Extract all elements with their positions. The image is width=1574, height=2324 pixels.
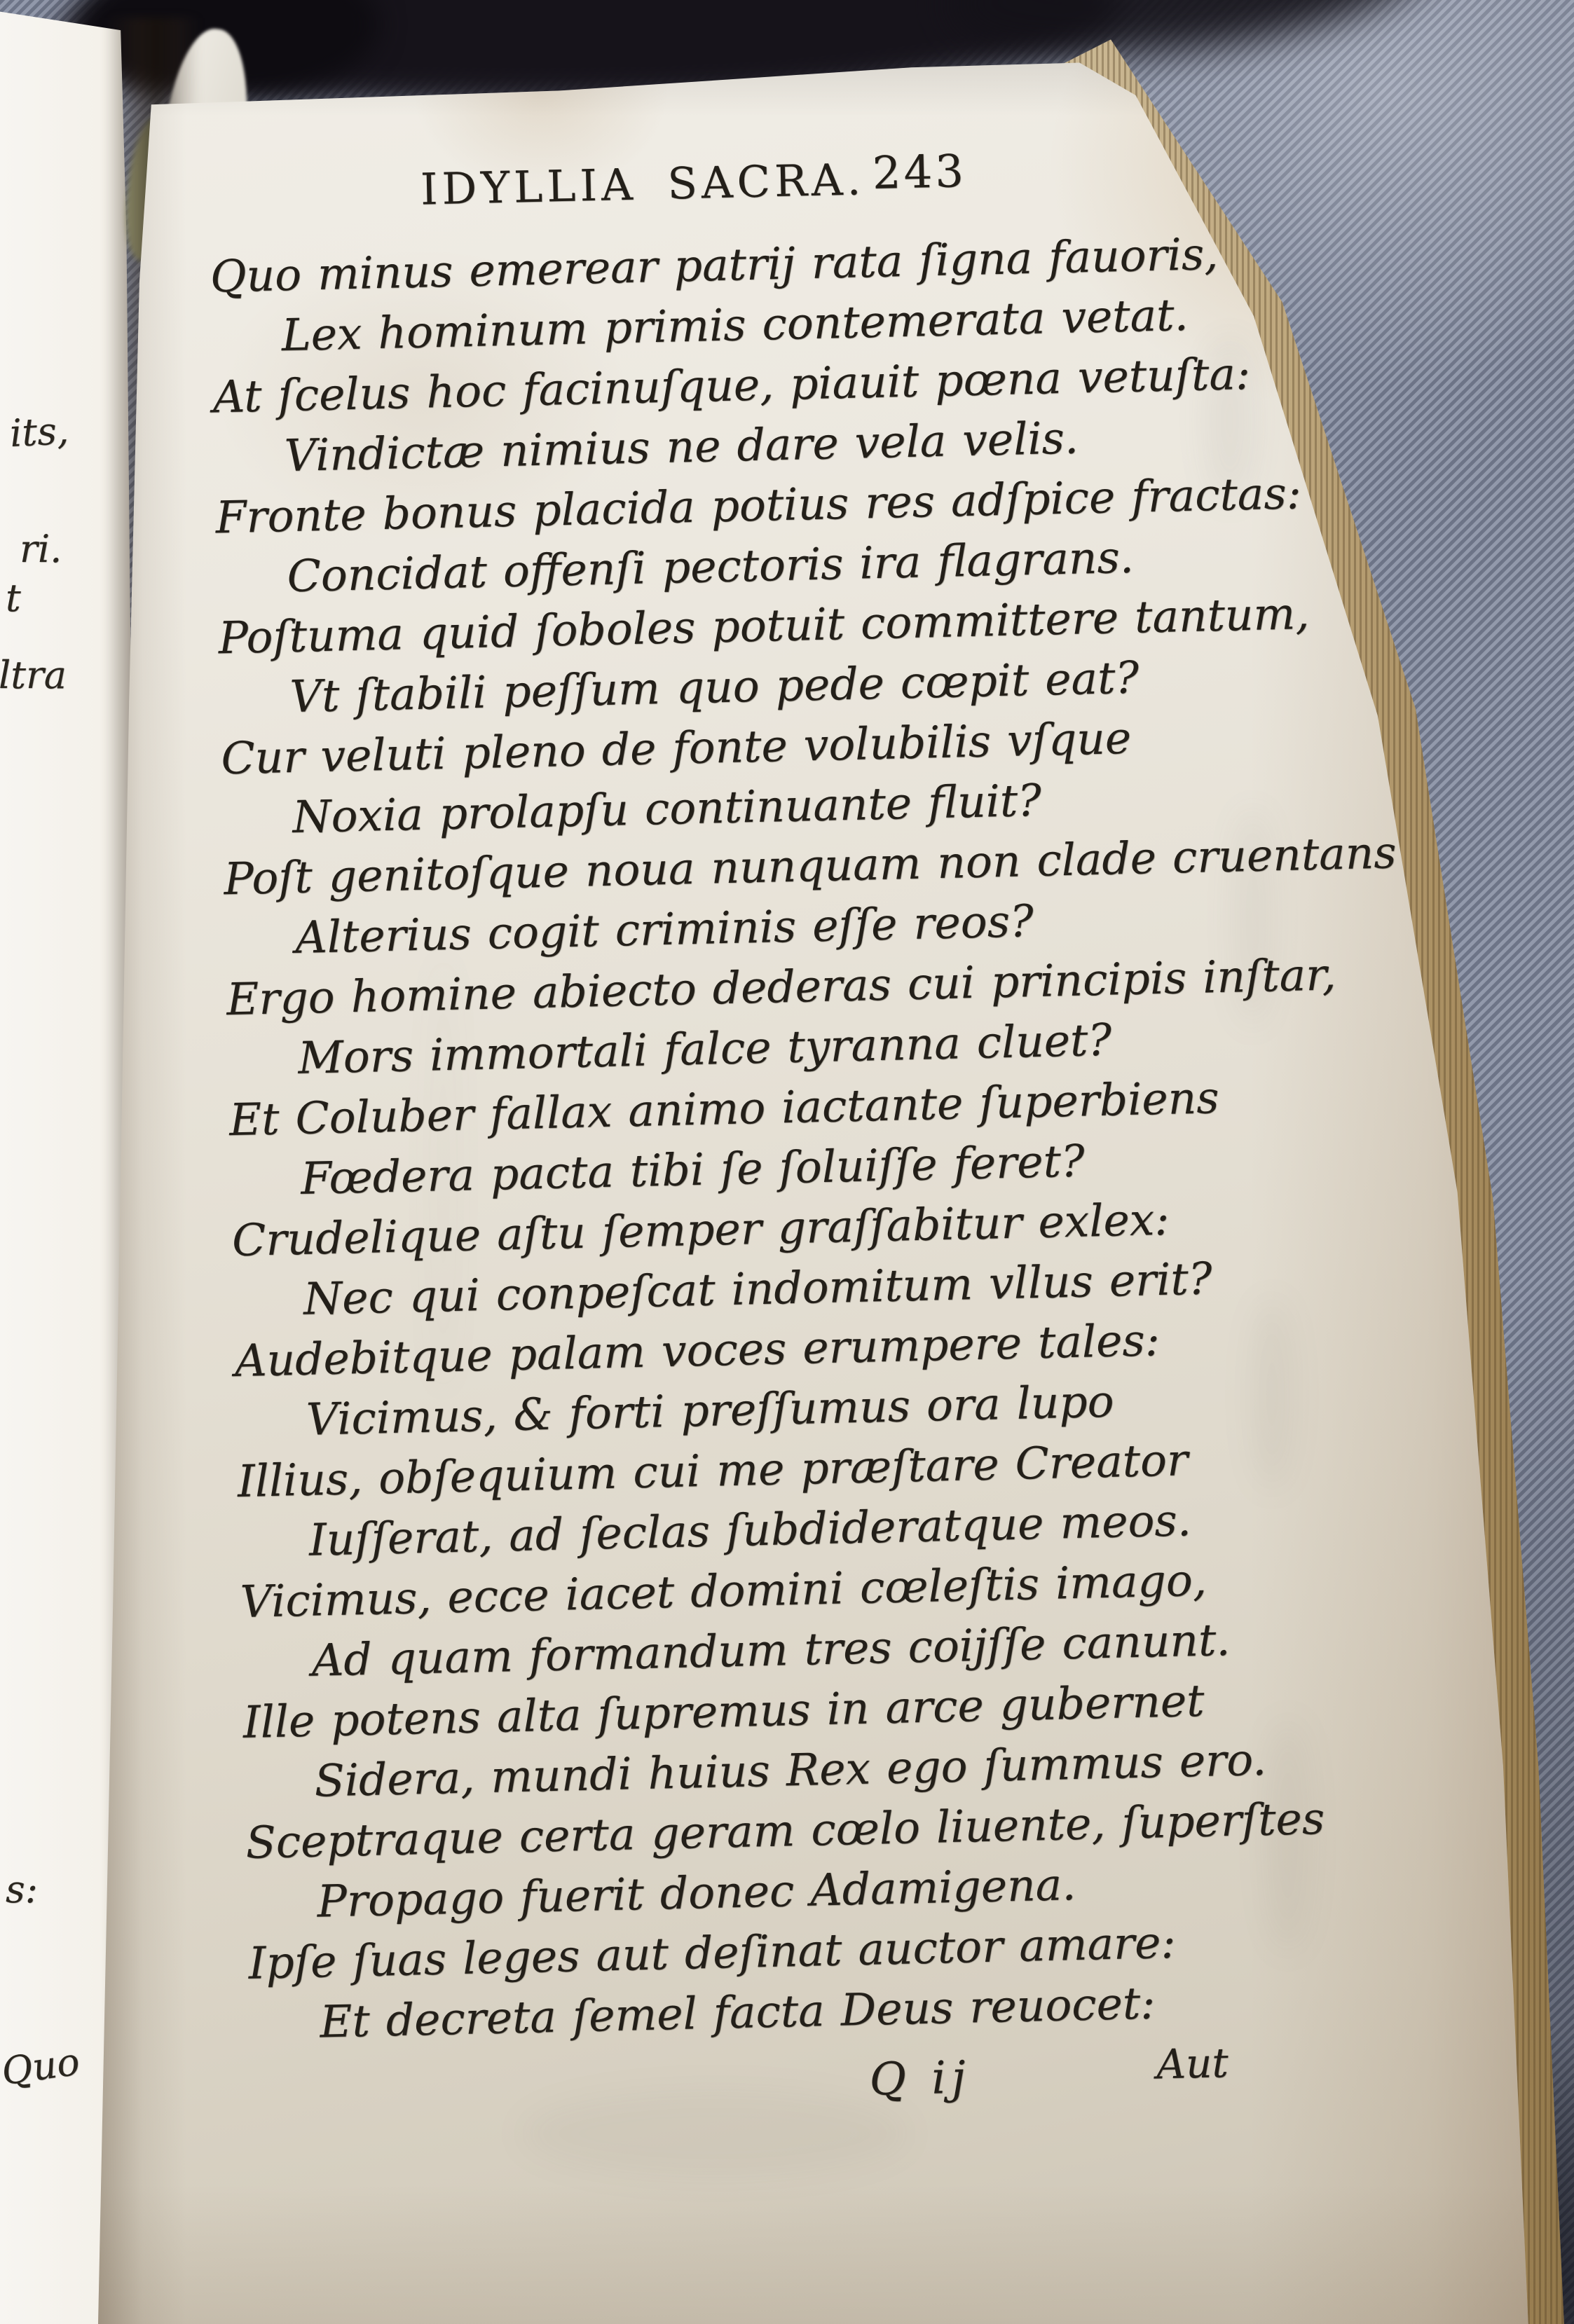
running-title: IDYLLIA SACRA. bbox=[411, 153, 874, 215]
gathering-signature: Q ij bbox=[869, 2051, 972, 2105]
left-page-fragment: t bbox=[6, 576, 21, 620]
left-page-fragment: Quo bbox=[0, 2040, 82, 2094]
catchword: Aut bbox=[1156, 2039, 1229, 2088]
page-number: 243 bbox=[872, 146, 967, 200]
book-photo: its, ri. t ltra s: Quo IDYLLIA SACRA. 24… bbox=[0, 0, 1574, 2324]
verse-block: Quo minus emerear patrij rata ſigna fauo… bbox=[210, 221, 1371, 2054]
left-page-fragment: s: bbox=[6, 1867, 38, 1911]
left-page-fragment: its, bbox=[8, 408, 69, 455]
left-page-fragment: ltra bbox=[0, 653, 67, 697]
left-page-fragment: ri. bbox=[20, 527, 62, 571]
